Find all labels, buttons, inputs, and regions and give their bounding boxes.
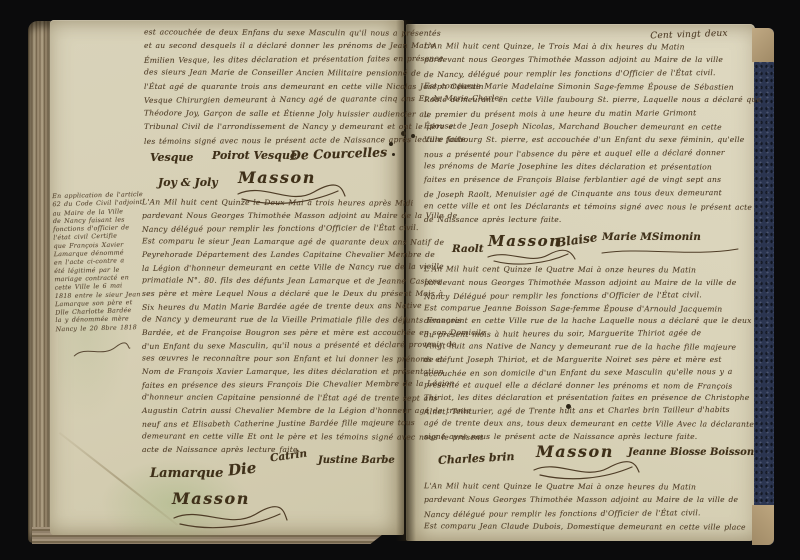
manuscript-line: L'An Mil huit cent Quinze le Quatre Mai … bbox=[424, 263, 748, 277]
book-cover-corner-bottom bbox=[752, 505, 774, 545]
act-nicolas-text: L'An Mil huit cent Quinze, le Trois Mai … bbox=[424, 40, 748, 227]
manuscript-line: les prénoms de Marie Josephine les dites… bbox=[424, 159, 748, 174]
signature-raolt: Raolt bbox=[452, 243, 484, 255]
manuscript-line: ses père et mère Lequel Nous a déclaré q… bbox=[142, 287, 404, 300]
signature-joy-joly: Joy & Joly bbox=[158, 176, 218, 189]
signature-masson-3: Masson bbox=[488, 232, 562, 250]
manuscript-line: L'An Mil huit cent Quinze, le Trois Mai … bbox=[424, 39, 748, 54]
manuscript-line: ses œuvres le reconnaître pour son Enfan… bbox=[142, 351, 404, 365]
signature-die: Die bbox=[227, 459, 257, 480]
book-page-stack-left-edge bbox=[28, 21, 52, 543]
act-thiriot-text: L'An Mil huit cent Quinze le Quatre Mai … bbox=[424, 264, 748, 444]
manuscript-line: agé de trente deux ans, tous deux demeur… bbox=[424, 417, 748, 431]
manuscript-line: Vesque Chirurgien demeurant à Nancy agé … bbox=[144, 92, 404, 107]
manuscript-line: est accouchée de deux Enfans du sexe Mas… bbox=[144, 25, 404, 40]
ink-blot bbox=[392, 153, 395, 156]
manuscript-line: primatiale N°. 80. fils des défunts Jean… bbox=[142, 273, 404, 287]
signature-flourish bbox=[532, 460, 642, 482]
manuscript-line: Théodore Joy, Garçon de salle et Étienne… bbox=[144, 106, 404, 121]
signature-masson-4: Masson bbox=[536, 442, 614, 461]
act-vesque-ending-text: est accouchée de deux Enfans du sexe Mas… bbox=[144, 26, 404, 147]
manuscript-line: d'honneur ancien Capitaine pensionné de … bbox=[142, 390, 404, 404]
signature-lamarque: Lamarque bbox=[150, 466, 223, 481]
manuscript-line: Bardée, et de Françoise Bougron ses père… bbox=[142, 326, 404, 339]
ink-blot bbox=[389, 142, 393, 146]
manuscript-line: en cette ville et ont les Déclarants et … bbox=[424, 199, 748, 214]
manuscript-line: accouchée en son domicile d'un Enfant du… bbox=[424, 366, 748, 381]
manuscript-line: Est comparu le sieur Jean Lamarque agé d… bbox=[142, 234, 404, 248]
manuscript-line: Ville faubourg St. pierre, est accouchée… bbox=[424, 133, 748, 146]
manuscript-line: Roblé demeurant en cette Ville faubourg … bbox=[424, 93, 748, 106]
manuscript-line: Augustin Catrin aussi Chevalier Membre d… bbox=[142, 404, 404, 417]
book-cover-right-edge bbox=[754, 28, 774, 545]
margin-note-legitimation: En application de l'article62 du Code Ci… bbox=[52, 191, 152, 335]
manuscript-line: été légitimé par le bbox=[54, 266, 150, 276]
manuscript-line: pardevant nous Georges Thimothée Masson … bbox=[424, 53, 748, 66]
signature-poirot-vesque: Poirot Vesque bbox=[212, 149, 297, 162]
manuscript-line: pardevant nous Georges Thimothée Masson … bbox=[424, 277, 748, 290]
manuscript-line: Est comparue Marie Madelaine Simonin Sag… bbox=[424, 79, 748, 94]
signature-underline-flourish bbox=[600, 245, 740, 257]
manuscript-line: Nom de François Xavier Lamarque, les dit… bbox=[142, 365, 404, 378]
signature-marie-msimonin: Marie MSimonin bbox=[602, 231, 701, 243]
manuscript-line: L'An Mil huit cent Quinze le Deux Mai à … bbox=[142, 195, 404, 209]
ink-blot bbox=[411, 134, 415, 138]
signature-vesque: Vesque bbox=[150, 151, 193, 164]
ink-blot bbox=[401, 131, 406, 136]
act-dubois-start-text: L'An Mil huit cent Quinze le Quatre Mai … bbox=[424, 480, 748, 534]
manuscript-line: Est comparu Jean Claude Dubois, Domestiq… bbox=[424, 520, 748, 535]
manuscript-line: de défunt Joseph Thiriot, et de Margueri… bbox=[424, 354, 748, 367]
manuscript-line: pardevant Nous Georges Thimothée Masson … bbox=[424, 493, 748, 506]
manuscript-line: présenté et auquel elle a déclaré donner… bbox=[424, 379, 748, 393]
manuscript-line: 1818 entre le sieur Jean bbox=[55, 291, 151, 301]
act-lamarque-text: L'An Mil huit cent Quinze le Deux Mai à … bbox=[142, 196, 404, 456]
manuscript-line: des sieurs Jean Marie de Conseiller Anci… bbox=[144, 66, 404, 81]
signature-flourish bbox=[170, 506, 290, 530]
signature-jeanne-boisson: Jeanne Biosse Boisson bbox=[628, 447, 754, 458]
manuscript-line: de Nancy y demeurant rue de la Vieille P… bbox=[142, 312, 404, 326]
manuscript-line: demeurant en cette ville Et ont le père … bbox=[142, 429, 404, 443]
manuscript-line: de Naissance après lecture faite. bbox=[424, 213, 748, 226]
manuscript-line: que François Xavier bbox=[53, 241, 149, 251]
manuscript-line: et au second desquels il a déclaré donne… bbox=[144, 39, 404, 52]
signature-justine-barbe: Justine Barbe bbox=[318, 455, 395, 466]
manuscript-line: pardevant Nous Georges Thimothée Masson … bbox=[142, 209, 404, 222]
manuscript-line: Nancy Délégué pour remplir les fonctions… bbox=[424, 289, 748, 304]
book-cover-corner-top bbox=[752, 28, 774, 62]
manuscript-line: L'An Mil huit cent Quinze le Quatre Mai … bbox=[424, 479, 748, 494]
manuscript-line: Vingt huit ans Native de Nancy y demeura… bbox=[424, 340, 748, 354]
ink-blot bbox=[566, 404, 571, 409]
register-scan: est accouchée de deux Enfans du sexe Mas… bbox=[0, 0, 800, 560]
manuscript-line: Est comparue Jeanne Boisson Sage-femme É… bbox=[424, 302, 748, 316]
manuscript-line: l'État agé de quarante trois ans demeura… bbox=[144, 80, 404, 93]
manuscript-line: Peyrehorade Département des Landes Capit… bbox=[142, 248, 404, 261]
manuscript-line: Tribunal Civil de l'arrondissement de Na… bbox=[144, 120, 404, 133]
manuscript-line: Épouse de Jean Joseph Nicolas, Marchand … bbox=[424, 119, 748, 134]
manuscript-line: faites en présence de François Blaise fe… bbox=[424, 173, 748, 186]
